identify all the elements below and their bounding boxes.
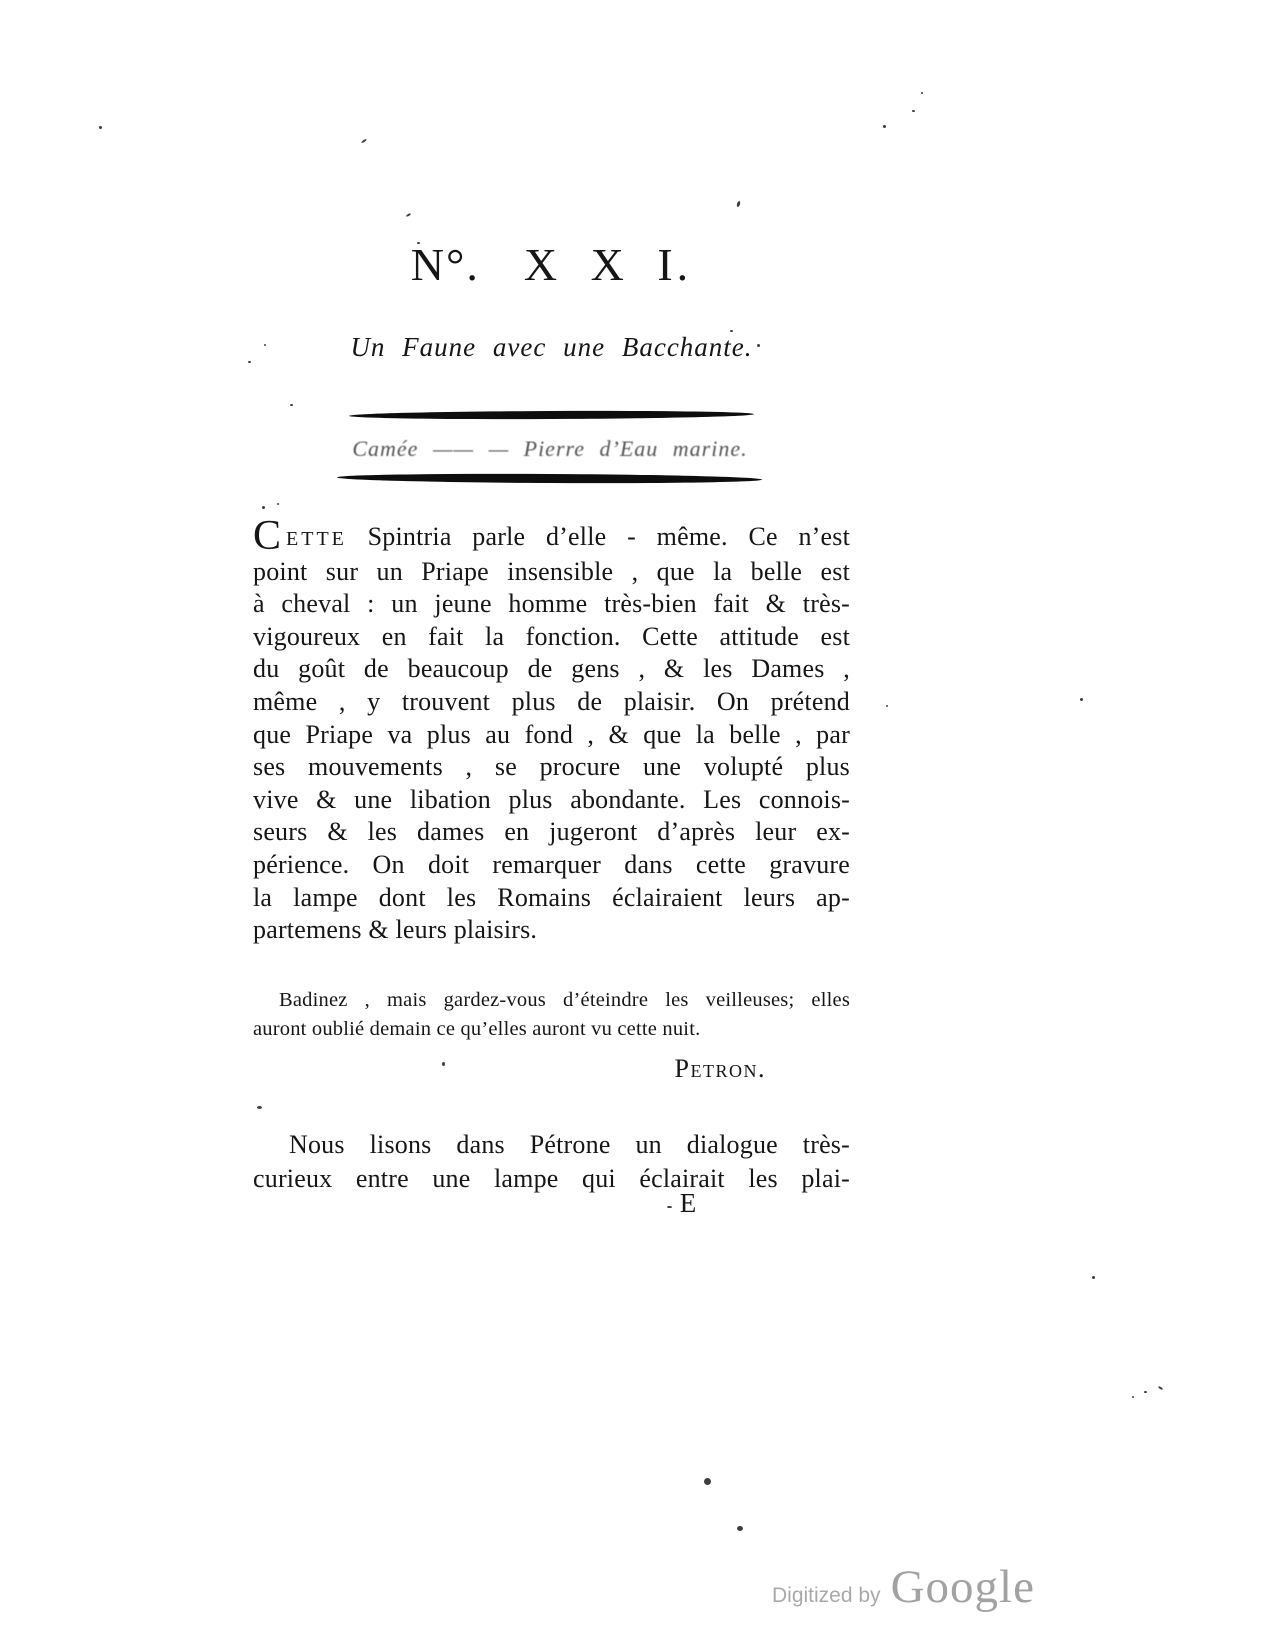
body-line: point sur un Priape insensible , que la … [253,556,850,589]
body-line: seurs & les dames en jugeront d’après le… [253,816,850,849]
quote-attribution: Petron. [253,1054,850,1084]
body-line: CETTE Spintria parle d’elle - même. Ce n… [253,521,850,556]
body-line: ses mouvements , se procure une volupté … [253,751,850,784]
body-line-last: partemens & leurs plaisirs. [253,914,850,947]
quote-line: auront oublié demain ce qu’elles auront … [253,1015,850,1044]
scan-speck [442,1062,445,1066]
scan-speck [264,344,266,346]
body-line: vive & une libation plus abondante. Les … [253,784,850,817]
engraving-caption: Camée —— — Pierre d’Eau marine. [330,436,770,462]
tapered-rule-bottom [337,473,762,484]
scan-speck [730,330,733,332]
scan-speck [361,138,367,143]
body-line: du goût de beaucoup de gens , & les Dame… [253,653,850,686]
smallcaps-lead: ETTE [286,528,347,550]
scan-speck [886,705,888,707]
scan-speck [1080,698,1083,701]
body-text: CETTE Spintria parle d’elle - même. Ce n… [253,521,850,947]
scan-speck [667,1206,672,1208]
scan-speck [883,125,886,128]
scan-speck [737,1526,743,1531]
body-line: périence. On doit remarquer dans cette g… [253,849,850,882]
tapered-rule-top [349,410,754,420]
plate-subtitle: Un Faune avec une Bacchante. [253,332,850,363]
page-title: N°.X X I. [253,238,850,291]
scan-speck [704,1478,711,1485]
scan-speck [262,506,265,509]
digitization-watermark: Digitized by Google [772,1560,1035,1614]
scan-speck [99,126,102,129]
google-logo: Google [891,1560,1035,1614]
title-number-prefix: N°. [411,239,480,290]
quote-line: Badinez , mais gardez-vous d’éteindre le… [253,986,850,1015]
scan-speck [406,213,411,217]
body-line: que Priape va plus au fond , & que la be… [253,719,850,752]
body-line-text: Spintria parle d’elle - même. Ce n’est [368,522,850,551]
scan-speck [921,92,923,94]
watermark-text: Digitized by [772,1584,881,1608]
paragraph-line: curieux entre une lampe qui éclairait le… [253,1162,850,1196]
body-line: à cheval : un jeune homme très-bien fait… [253,588,850,621]
body-line: vigoureux en fait la fonction. Cette att… [253,621,850,654]
quote-text: Badinez , mais gardez-vous d’éteindre le… [253,986,850,1044]
scan-speck [1144,1391,1147,1393]
printer-signature: E [656,1188,720,1219]
body-line: même , y trouvent plus de plaisir. On pr… [253,686,850,719]
body-line: la lampe dont les Romains éclairaient le… [253,882,850,915]
scan-speck [1092,1276,1095,1279]
scan-speck [736,201,741,208]
scan-speck [912,110,915,112]
scan-speck [257,1106,262,1109]
paragraph-line: Nous lisons dans Pétrone un dialogue trè… [253,1128,850,1162]
drop-cap: C [253,513,286,559]
scan-speck [290,404,293,406]
title-roman-numeral: X X I. [524,239,692,290]
closing-paragraph: Nous lisons dans Pétrone un dialogue trè… [253,1128,850,1195]
scan-speck [248,361,251,363]
scan-speck [417,242,420,244]
scan-speck [757,344,760,347]
scanned-book-page: N°.X X I. Un Faune avec une Bacchante. C… [0,0,1280,1642]
scan-speck [277,503,279,505]
scan-speck [1132,1396,1134,1398]
scan-speck [1158,1386,1163,1391]
